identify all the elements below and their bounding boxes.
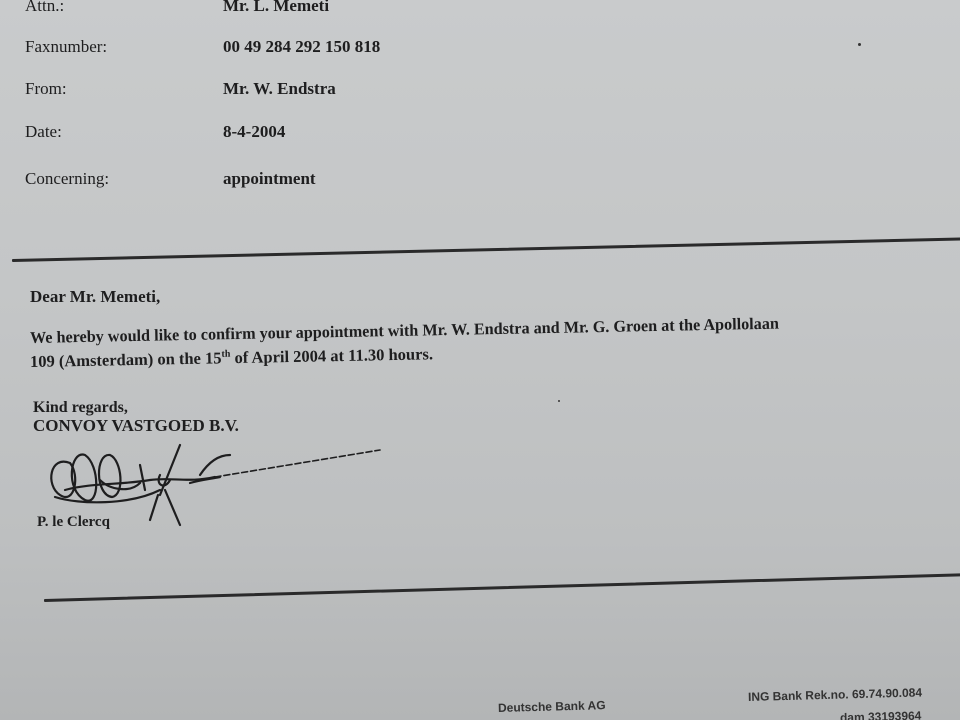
attn-label: Attn.: xyxy=(25,0,64,16)
concerning-label: Concerning: xyxy=(25,169,109,189)
concerning-value: appointment xyxy=(223,169,316,189)
date-value: 8-4-2004 xyxy=(223,122,285,142)
paper-speck xyxy=(558,400,560,402)
bank-deutsche: Deutsche Bank AG xyxy=(498,698,606,715)
faxnumber-value: 00 49 284 292 150 818 xyxy=(223,37,380,57)
signatory-name: P. le Clercq xyxy=(37,514,110,531)
header-divider xyxy=(12,237,960,262)
footer-partial-line: ...dam 33193964 xyxy=(830,709,922,720)
body-line-2: 109 (Amsterdam) on the 15th of April 200… xyxy=(30,344,433,372)
bank-ing: ING Bank Rek.no. 69.74.90.084 xyxy=(748,685,922,704)
body-line-1: We hereby would like to confirm your app… xyxy=(30,314,779,348)
fax-document: Attn.: Mr. L. Memeti Faxnumber: 00 49 28… xyxy=(0,0,960,720)
attn-value: Mr. L. Memeti xyxy=(223,0,329,16)
salutation: Dear Mr. Memeti, xyxy=(30,287,160,307)
company-name: CONVOY VASTGOED B.V. xyxy=(33,416,239,436)
footer-divider xyxy=(44,573,960,602)
paper-speck xyxy=(858,43,861,46)
from-value: Mr. W. Endstra xyxy=(223,79,336,99)
from-label: From: xyxy=(25,79,67,99)
date-label: Date: xyxy=(25,122,62,142)
faxnumber-label: Faxnumber: xyxy=(25,37,107,57)
closing: Kind regards, xyxy=(33,399,128,417)
body-line-2-post: of April 2004 at 11.30 hours. xyxy=(230,344,433,367)
body-line-2-pre: 109 (Amsterdam) on the 15 xyxy=(30,348,222,371)
